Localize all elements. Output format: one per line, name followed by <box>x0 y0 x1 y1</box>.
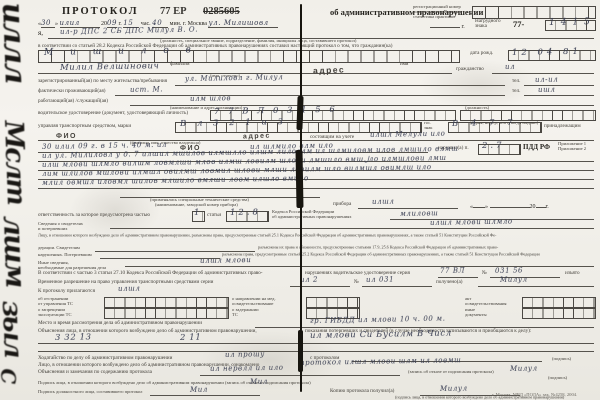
seizure-series-blank <box>438 277 478 278</box>
hw-officer: ил-р ДПС 2 СБ ДПС Милул В. О. <box>60 27 198 37</box>
badge-prefix: 77- <box>513 20 524 29</box>
name-label: имя <box>400 62 408 67</box>
hw-hearing: гр. ГИБДД ил млови 10 ч. 00 м. <box>310 316 446 326</box>
temp-number-sign: № <box>354 280 359 285</box>
paper-smudge <box>70 180 160 240</box>
witness-line <box>110 228 594 229</box>
attach-1-label: об отстраненииот управления ТС <box>38 297 73 307</box>
hw-temp-signature: Милул <box>500 277 528 285</box>
rights-paragraph-2b: разъяснены их права и обязанности, преду… <box>258 246 498 250</box>
rights-paragraph-2a: дерации. Свидетелям <box>38 246 80 251</box>
seizure-taken-label: изъято <box>565 271 580 276</box>
hw-other-info: илшл млови <box>200 257 251 265</box>
appendix-labels: Приложение 1Приложение 2 <box>558 142 586 152</box>
refusal-note-fineprint: (запись об отказе от подписания протокол… <box>408 370 494 375</box>
official-sig-2: составившего протокол <box>97 389 143 394</box>
hw-registered-address: ул. Милиловл г. Милул <box>185 74 283 83</box>
witness-heading-2: и потерпевших <box>38 226 68 231</box>
attach-4-label: о запрещенииэксплуатации ТС <box>38 308 72 318</box>
attach-6-label: иныедокументы <box>465 308 487 318</box>
hw-device: илшл <box>372 199 395 207</box>
hw-month: илил <box>60 19 80 27</box>
temp-number-blank <box>362 286 432 287</box>
hw-year: 09 <box>107 19 117 27</box>
attachments-label: К протоколу прилагаются <box>38 289 95 294</box>
copy-received-label: Копию протокола получил(а) <box>330 389 394 394</box>
attach-2b: освидетельствование <box>232 301 273 306</box>
hw-part: 1 <box>194 209 200 218</box>
badge-label-2: знака <box>475 23 487 29</box>
fold-blob <box>296 96 303 130</box>
rights-paragraph-3b: разъяснены права, предусмотренные статье… <box>222 253 540 257</box>
liability-code-2: об административных правонарушениях <box>272 214 352 219</box>
hw-temp-series: ил 2 <box>300 277 318 285</box>
margin-scribble: лшм <box>0 215 32 287</box>
right-date-blank: г. <box>430 20 465 30</box>
margin-scribble: иллл <box>0 2 33 83</box>
temp-sig-blank <box>478 286 594 287</box>
hw-temp-number: ил 031 <box>366 277 394 285</box>
address-stamp-2: адрес <box>243 133 271 141</box>
attach-4b: эксплуатации ТС <box>38 312 72 317</box>
attach-6-boxes <box>522 308 596 319</box>
surname-label: фамилия <box>170 62 189 67</box>
on-register-label: состоящим на учете <box>310 135 354 140</box>
attach-3-boxes <box>522 297 596 308</box>
registered-label: зарегистрированный(ая) по месту жительст… <box>38 79 167 84</box>
attach-1b: от управления ТС <box>38 301 73 306</box>
hw-day: 30 <box>41 19 51 27</box>
birthdate-label: дата рожд. <box>470 51 493 56</box>
hw-badge-number: 1415 <box>549 18 596 28</box>
hw-seizure-number: 031 56 <box>495 268 523 276</box>
temp-received-label: получено(а) <box>436 280 463 285</box>
badge-label: Нагрудногознака <box>475 19 501 30</box>
doc-series: 77 ЕР <box>160 6 187 17</box>
margin-scribble: зыл <box>0 300 28 357</box>
hw-birthdate: 12 04 81 <box>512 48 582 58</box>
hw-work: илм шлов <box>190 95 231 103</box>
hw-explanation-1: 3 32 13 <box>55 333 92 343</box>
device-date-blank: «» 20г. <box>470 200 549 210</box>
signature-fineprint-2: (подпись) <box>548 376 567 381</box>
id-doc-label: водительское удостоверение (документ, уд… <box>38 111 188 116</box>
hw-violated-point: 2.7 <box>482 142 505 151</box>
attach-2-boxes <box>306 297 360 308</box>
hw-witness: илшл млови шлмло <box>430 219 513 228</box>
seizure-text-1: В соответствии с частью 3 статьи 27.10 К… <box>38 271 262 276</box>
official-sig-1: Подпись должностного лица, <box>38 389 95 394</box>
hw-owner: илшл Мелули ило <box>370 131 446 140</box>
other-info-line <box>125 266 594 267</box>
official-signature-line <box>150 395 260 396</box>
actual-address-label: фактически проживающий(ая) <box>38 89 106 94</box>
officer-prefix: я, <box>38 30 43 37</box>
g-label: г. <box>546 204 549 210</box>
attach-6b: документы <box>465 312 487 317</box>
scanned-protocol-document: иллл Мслт лшм зыл С ПРОТОКОЛ 77 ЕР 02856… <box>0 0 600 400</box>
doc-number: 0285605 <box>203 6 240 17</box>
quote-close: » <box>485 204 488 210</box>
vehicle-label: управляя транспортным средством, марки <box>38 124 131 129</box>
hw-plate: В 4 7 7 <box>452 119 518 129</box>
hw-refusal: Милул <box>510 366 538 374</box>
hw-liability: млиловш <box>400 210 438 218</box>
address-stamp: адрес <box>313 65 345 75</box>
margin-scribble: Мслт <box>0 120 31 204</box>
owner-label: принадлежащим <box>544 124 581 129</box>
hw-actual-address: ист. М. <box>130 86 163 94</box>
hw-copy-received: Милул <box>440 386 468 394</box>
petition-label: Ходатайство по делу об административном … <box>38 356 172 361</box>
hw-tel2: ишл <box>538 87 556 95</box>
print-imprint: г. Москва, МВД «ПОЛА» зак. №4258, 2004. <box>492 393 577 398</box>
hw-explanation-2: 2 11 <box>180 334 201 343</box>
hearing-label: Место и время рассмотрения дела об админ… <box>38 321 202 326</box>
hw-vehicle-make: В л 3 2 1 и 3 <box>180 118 287 129</box>
hw-article: 12.8 <box>230 208 261 217</box>
hw-official-signature: Мил <box>190 387 208 395</box>
remarks-label: Объяснения и замечания по содержанию про… <box>38 370 152 375</box>
signature-fineprint-1: (подпись) <box>552 357 571 362</box>
paper-smudge <box>420 60 540 110</box>
appendix-2: Приложение 2 <box>558 146 586 151</box>
official-signature-label: Подпись должностного лица, составившего … <box>38 390 142 395</box>
attach-3b: освидетельствования <box>465 301 507 306</box>
attach-5b: ТС <box>232 312 238 317</box>
paper-smudge <box>200 330 340 390</box>
pdd-label: ПДД РФ <box>523 144 550 151</box>
hw-name: Милил Велшинович <box>60 62 160 73</box>
hw-place: ул. Милишовл <box>208 19 268 27</box>
margin-scribble: С <box>0 368 20 383</box>
hw-attachments: илшл <box>118 286 141 294</box>
liability-code-label: Кодекса Российской Федерацииоб администр… <box>272 210 352 220</box>
fold-blob <box>298 330 303 372</box>
work-label: работающий(ая) /служащий(ая) <box>38 99 108 104</box>
rights-paragraph-3a: нарушениях. Потерпевшим <box>38 253 92 258</box>
seizure-text-2: нарушениях водительское удостоверение се… <box>305 271 410 276</box>
attach-3-label: актосвидетельствования <box>465 297 507 307</box>
quote-close: » <box>55 21 58 27</box>
attach-1-boxes <box>104 297 229 308</box>
attach-2-label: о направлении на мед.освидетельствование <box>232 297 276 307</box>
device-label: прибора <box>333 202 351 207</box>
attach-5-label: о задержанииТС <box>232 308 259 318</box>
hw-explanation-3: ил млови Си Бусилм В Числ <box>310 330 452 341</box>
doc-title: ПРОТОКОЛ <box>62 6 139 17</box>
temp-series-blank <box>290 286 350 287</box>
seizure-number-sign: № <box>482 271 487 276</box>
fio-stamp: ФИО <box>56 133 77 140</box>
attach-4-boxes <box>104 308 229 319</box>
g-label: г. <box>462 24 465 30</box>
liability-text-2: статьи <box>207 213 221 218</box>
hw-seizure-series: 77 ВЛ <box>440 268 465 276</box>
fold-blob <box>295 150 303 208</box>
